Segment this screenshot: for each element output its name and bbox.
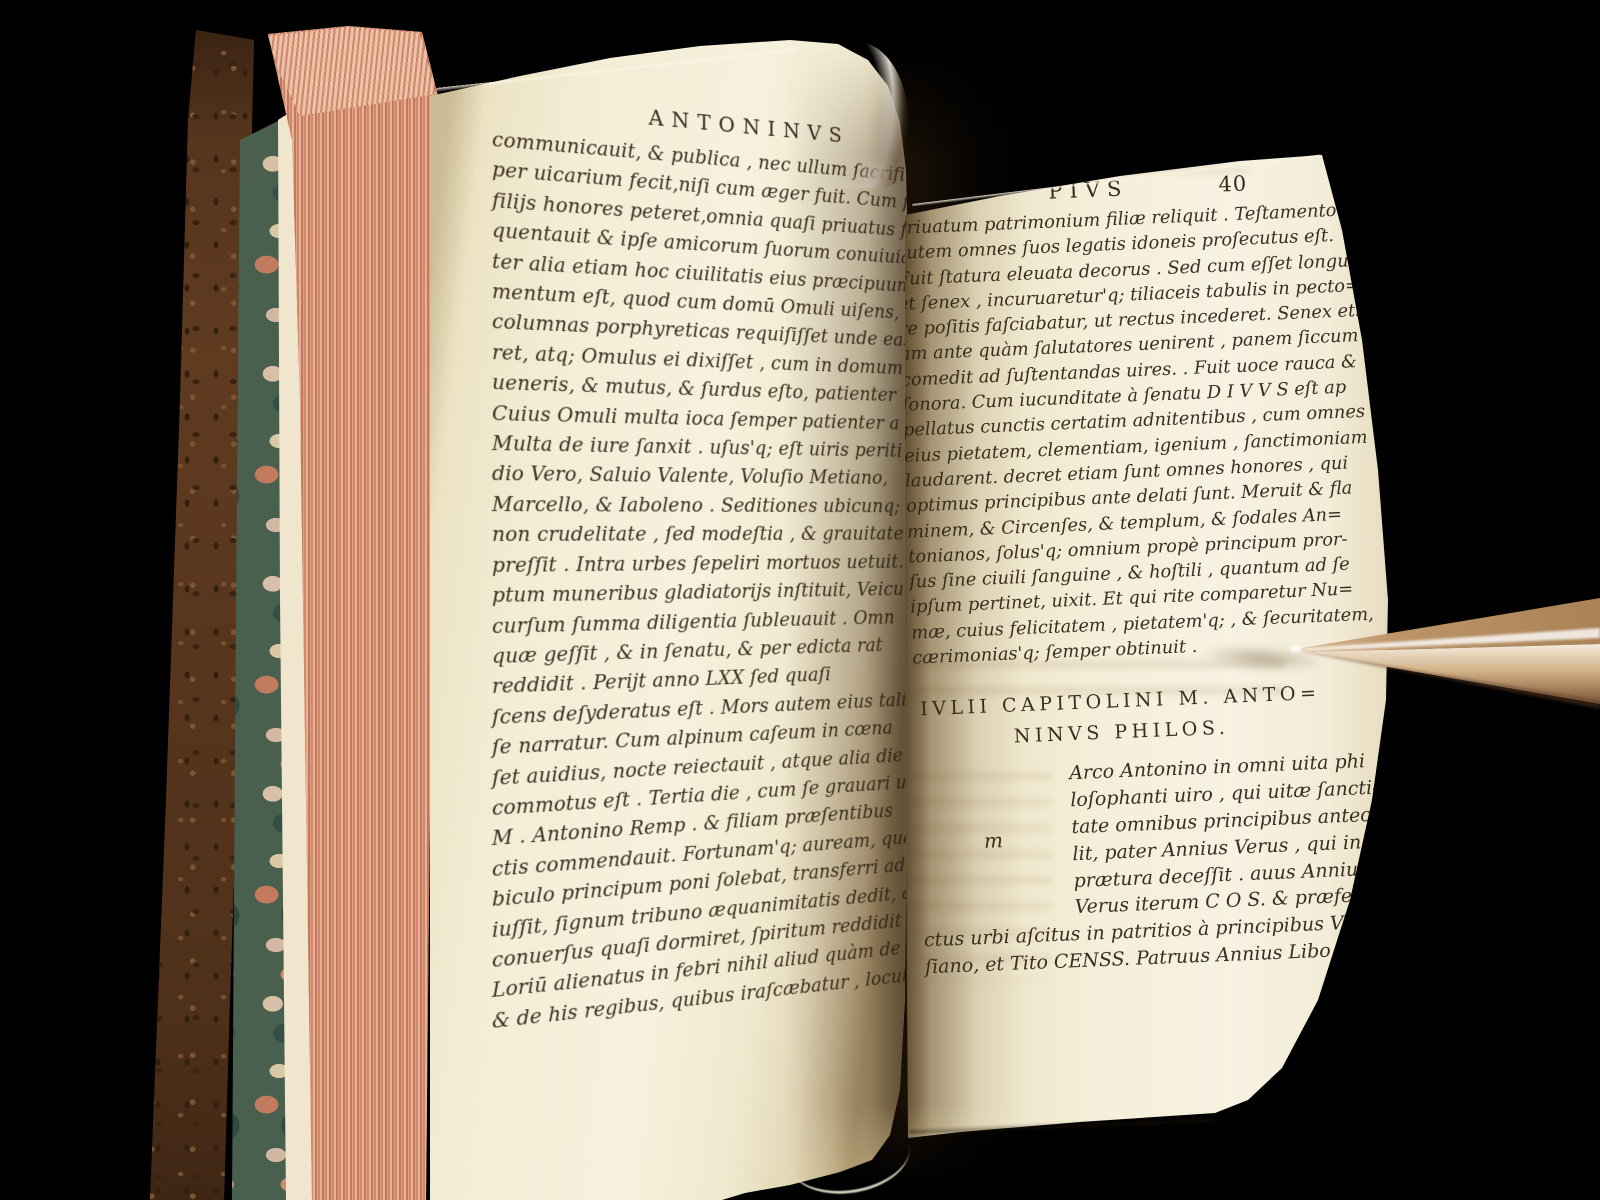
text-line: Marcello, & Iaboleno . Seditiones ubicun… [492, 489, 898, 520]
indented-paragraph: Arco Antonino in omni uita philoſophanti… [917, 750, 1335, 928]
right-text-column: PIVS 40 Priuatum patrimonium filiæ reliq… [893, 169, 1337, 981]
right-page-header: PIVS [1048, 176, 1129, 203]
page-curl-highlight [840, 42, 910, 188]
right-page-lines: Priuatum patrimonium filiæ reliquit . Te… [894, 199, 1324, 671]
book-photo-scene: ANTONINVS communicauit, & publica , nec … [0, 0, 1600, 1200]
metal-pointer-icon [1282, 588, 1600, 712]
text-line: dio Vero, Saluio Valente, Voluſio Metian… [492, 458, 898, 492]
text-line: non crudelitate , ſed modeſtia , & graui… [492, 519, 898, 549]
page-number: 40 [1218, 171, 1248, 197]
left-page-lines: communicauit, & publica , nec ullum ſacr… [492, 124, 898, 1036]
guide-letter: m [983, 828, 1003, 854]
section-heading: IVLII CAPITOLINI M. ANTO=NINVS PHILOS. [914, 678, 1328, 757]
left-text-column: ANTONINVS communicauit, & publica , nec … [492, 88, 898, 1036]
